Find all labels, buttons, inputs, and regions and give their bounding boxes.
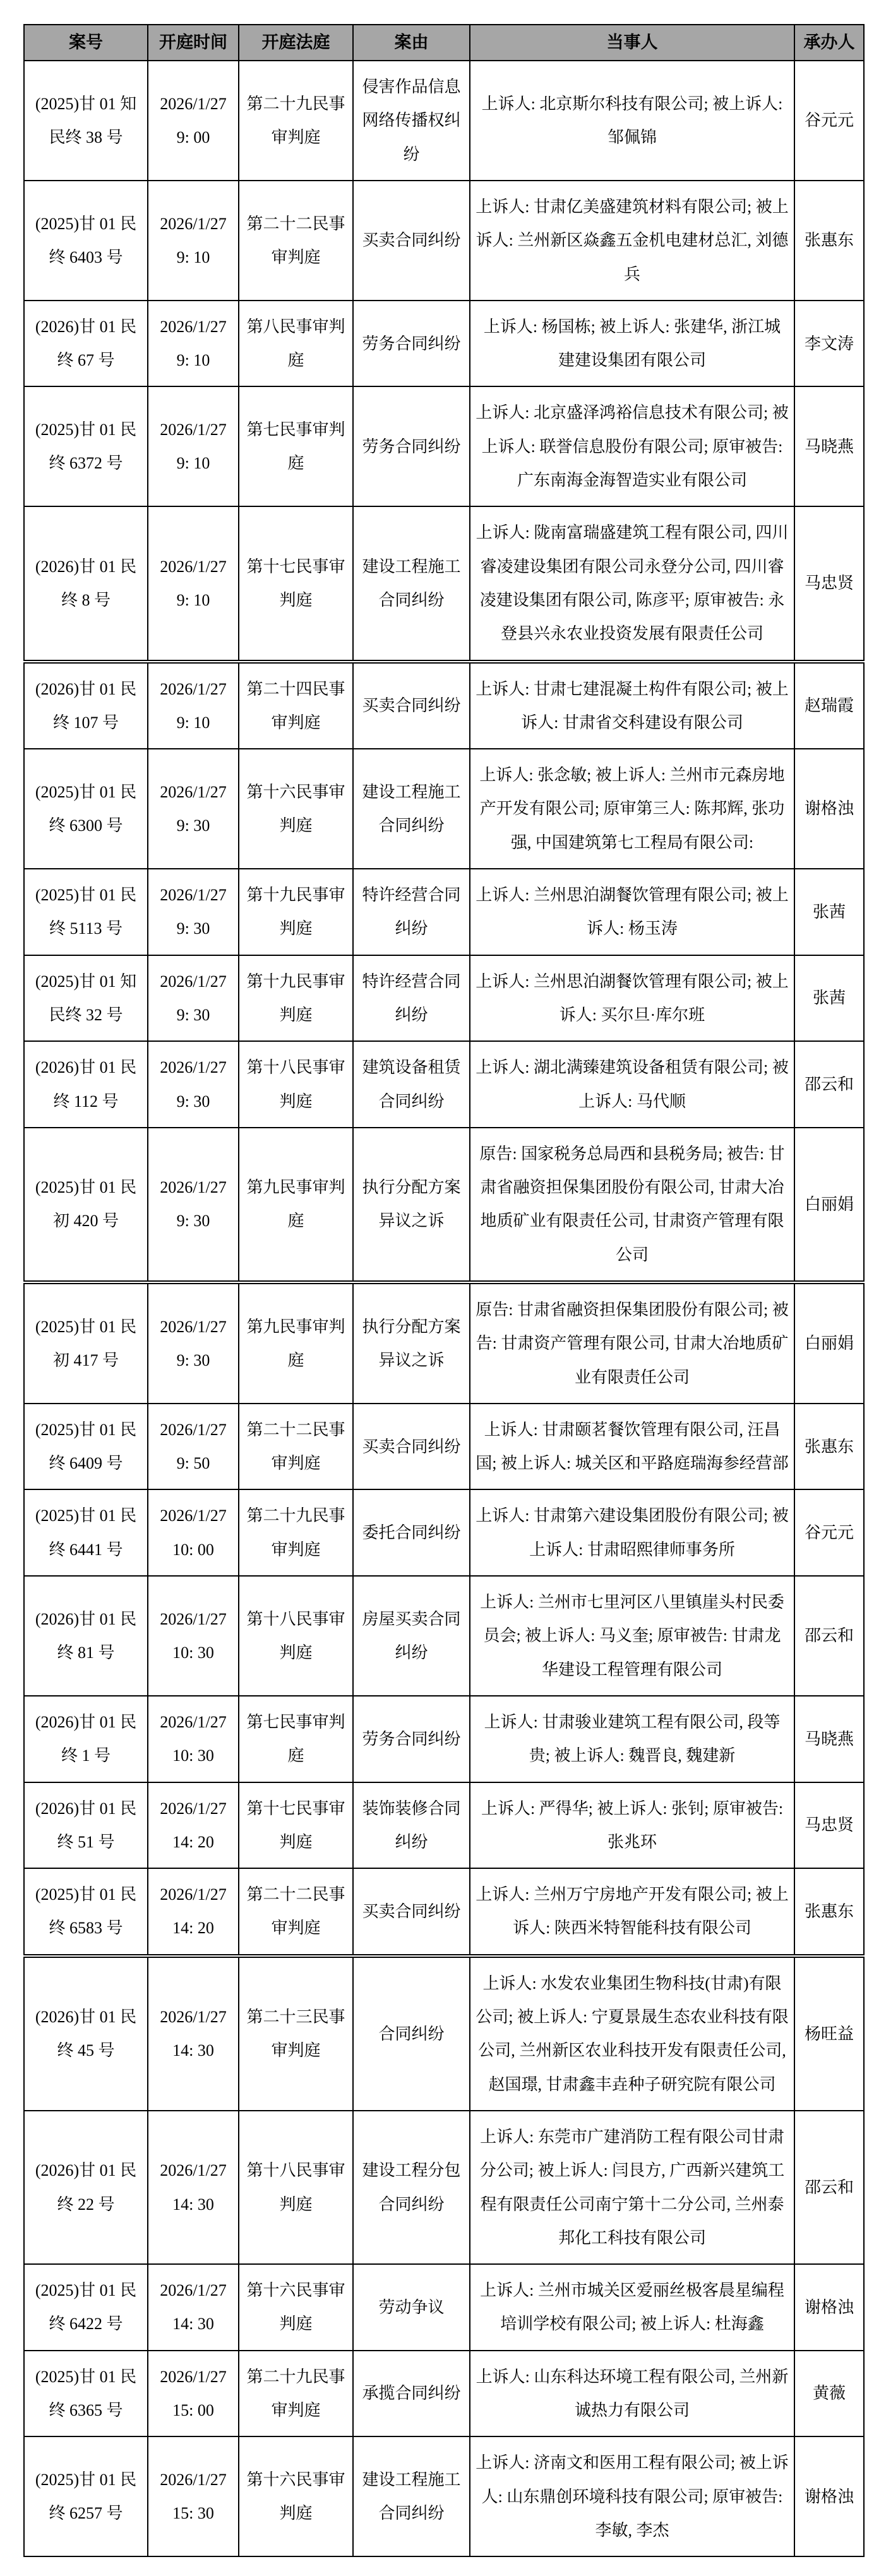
judge-name: 邵云和	[805, 2178, 854, 2197]
cause-cell: 特许经营合同纠纷	[353, 955, 470, 1042]
courtroom-cell: 第十六民事审判庭	[239, 749, 353, 869]
hearing-time-cell: 2026/1/27 14: 30	[148, 1956, 239, 2111]
parties: 上诉人: 兰州市城关区爱丽丝极客晨星编程培训学校有限公司; 被上诉人: 杜海鑫	[480, 2281, 784, 2333]
cause-cell: 建设工程施工合同纠纷	[353, 2436, 470, 2556]
cause-cell: 执行分配方案异议之诉	[353, 1128, 470, 1282]
cause-cell: 侵害作品信息网络传播权纠纷	[353, 61, 470, 181]
hearing-date: 2026/1/27	[153, 550, 233, 583]
parties: 上诉人: 甘肃颐茗餐饮管理有限公司, 汪昌国; 被上诉人: 城关区和平路庭瑞海参…	[476, 1421, 788, 1472]
table-row: (2025)甘 01 民终 6372 号 2026/1/27 9: 10 第七民…	[24, 386, 864, 506]
hearing-time: 10: 00	[153, 1533, 233, 1566]
parties-cell: 上诉人: 杨国栋; 被上诉人: 张建华, 浙江城建建设集团有限公司	[470, 301, 794, 387]
parties: 上诉人: 兰州思泊湖餐饮管理有限公司; 被上诉人: 杨玉涛	[476, 886, 788, 938]
table-row: (2025)甘 01 民终 5113 号 2026/1/27 9: 30 第十九…	[24, 869, 864, 955]
judge-cell: 白丽娟	[794, 1128, 864, 1282]
col-header-parties: 当事人	[470, 25, 794, 61]
parties-cell: 上诉人: 北京盛泽鸿裕信息技术有限公司; 被上诉人: 联誉信息股份有限公司; 原…	[470, 386, 794, 506]
case-number-cell: (2025)甘 01 民初 420 号	[24, 1128, 148, 1282]
judge-name: 白丽娟	[805, 1334, 854, 1352]
hearing-time: 14: 20	[153, 1825, 233, 1859]
courtroom: 第十八民事审判庭	[246, 1058, 345, 1110]
hearing-date: 2026/1/27	[153, 672, 233, 706]
cause-cell: 执行分配方案异议之诉	[353, 1282, 470, 1404]
table-row: (2025)甘 01 民终 6257 号 2026/1/27 15: 30 第十…	[24, 2436, 864, 2556]
case-number-cell: (2026)甘 01 民终 107 号	[24, 662, 148, 749]
hearing-time-cell: 2026/1/27 9: 10	[148, 181, 239, 301]
hearing-time: 9: 50	[153, 1446, 233, 1480]
col-header-case-number: 案号	[24, 25, 148, 61]
hearing-time-cell: 2026/1/27 9: 10	[148, 301, 239, 387]
judge-cell: 张惠东	[794, 1868, 864, 1956]
case-number: (2025)甘 01 民终 6257 号	[35, 2471, 136, 2522]
table-row: (2026)甘 01 民终 112 号 2026/1/27 9: 30 第十八民…	[24, 1041, 864, 1128]
cause-cell: 建筑设备租赁合同纠纷	[353, 1041, 470, 1128]
parties-cell: 上诉人: 甘肃七建混凝土构件有限公司; 被上诉人: 甘肃省交科建设有限公司	[470, 662, 794, 749]
hearing-date: 2026/1/27	[153, 1051, 233, 1084]
table-row: (2025)甘 01 民终 6441 号 2026/1/27 10: 00 第二…	[24, 1489, 864, 1576]
case-number-cell: (2025)甘 01 民终 6372 号	[24, 386, 148, 506]
judge-cell: 马忠贤	[794, 1782, 864, 1869]
case-number-cell: (2026)甘 01 民终 81 号	[24, 1576, 148, 1696]
case-number: (2025)甘 01 民终 6372 号	[35, 420, 136, 472]
table-row: (2025)甘 01 民初 420 号 2026/1/27 9: 30 第九民事…	[24, 1128, 864, 1282]
hearing-time-cell: 2026/1/27 9: 30	[148, 1282, 239, 1404]
courtroom-cell: 第十九民事审判庭	[239, 955, 353, 1042]
judge-name: 邵云和	[805, 1075, 854, 1094]
parties-cell: 上诉人: 兰州市七里河区八里镇崖头村民委员会; 被上诉人: 马义奎; 原审被告:…	[470, 1576, 794, 1696]
courtroom: 第二十二民事审判庭	[246, 1885, 345, 1937]
table-body: (2025)甘 01 知民终 38 号 2026/1/27 9: 00 第二十九…	[24, 61, 864, 2556]
case-number-cell: (2026)甘 01 民终 112 号	[24, 1041, 148, 1128]
hearing-time-cell: 2026/1/27 14: 30	[148, 2111, 239, 2264]
case-number-cell: (2025)甘 01 民终 6409 号	[24, 1404, 148, 1490]
courtroom-cell: 第十九民事审判庭	[239, 869, 353, 955]
courtroom-cell: 第十六民事审判庭	[239, 2264, 353, 2351]
cause-of-action: 买卖合同纠纷	[362, 1438, 460, 1456]
judge-cell: 马晓燕	[794, 386, 864, 506]
parties: 上诉人: 甘肃第六建设集团股份有限公司; 被上诉人: 甘肃昭熙律师事务所	[476, 1506, 788, 1558]
hearing-time-cell: 2026/1/27 15: 00	[148, 2351, 239, 2437]
case-number-cell: (2026)甘 01 民终 51 号	[24, 1782, 148, 1869]
cause-of-action: 建设工程施工合同纠纷	[362, 783, 460, 835]
table-row: (2025)甘 01 民终 6300 号 2026/1/27 9: 30 第十六…	[24, 749, 864, 869]
cause-of-action: 建设工程施工合同纠纷	[362, 558, 460, 609]
judge-name: 李文涛	[805, 335, 854, 353]
cause-cell: 承揽合同纠纷	[353, 2351, 470, 2437]
hearing-time-cell: 2026/1/27 9: 50	[148, 1404, 239, 1490]
courtroom-cell: 第二十二民事审判庭	[239, 181, 353, 301]
cause-of-action: 劳动争议	[378, 2298, 444, 2317]
hearing-time: 9: 10	[153, 583, 233, 617]
hearing-date: 2026/1/27	[153, 207, 233, 241]
parties: 上诉人: 陇南富瑞盛建筑工程有限公司, 四川睿凌建设集团有限公司永登分公司, 四…	[476, 523, 789, 643]
hearing-time-cell: 2026/1/27 9: 10	[148, 506, 239, 661]
judge-name: 赵瑞霞	[805, 696, 854, 715]
hearing-date: 2026/1/27	[153, 878, 233, 912]
courtroom-cell: 第八民事审判庭	[239, 301, 353, 387]
hearing-time-cell: 2026/1/27 9: 30	[148, 869, 239, 955]
cause-cell: 装饰装修合同纠纷	[353, 1782, 470, 1869]
hearing-time: 9: 30	[153, 912, 233, 945]
judge-name: 杨旺益	[805, 2025, 854, 2043]
parties: 上诉人: 严得华; 被上诉人: 张钊; 原审被告: 张兆环	[481, 1799, 783, 1851]
case-number: (2025)甘 01 民终 6441 号	[35, 1506, 136, 1558]
table-row: (2025)甘 01 民终 6409 号 2026/1/27 9: 50 第二十…	[24, 1404, 864, 1490]
hearing-time: 9: 30	[153, 1085, 233, 1118]
courtroom-cell: 第二十四民事审判庭	[239, 662, 353, 749]
parties: 上诉人: 水发农业集团生物科技(甘肃)有限公司; 被上诉人: 宁夏景晟生态农业科…	[476, 1974, 788, 2094]
case-number-cell: (2026)甘 01 民终 8 号	[24, 506, 148, 661]
parties-cell: 上诉人: 甘肃颐茗餐饮管理有限公司, 汪昌国; 被上诉人: 城关区和平路庭瑞海参…	[470, 1404, 794, 1490]
judge-name: 马忠贤	[805, 1816, 854, 1834]
judge-name: 黄薇	[813, 2384, 846, 2402]
case-number: (2025)甘 01 民终 6403 号	[35, 215, 136, 266]
courtroom: 第七民事审判庭	[246, 1713, 345, 1765]
judge-cell: 谷元元	[794, 61, 864, 181]
cause-of-action: 执行分配方案异议之诉	[362, 1178, 460, 1230]
table-row: (2025)甘 01 民初 417 号 2026/1/27 9: 30 第九民事…	[24, 1282, 864, 1404]
hearing-date: 2026/1/27	[153, 2274, 233, 2307]
courtroom: 第九民事审判庭	[246, 1178, 345, 1230]
col-header-cause-of-action: 案由	[353, 25, 470, 61]
hearing-time-cell: 2026/1/27 10: 00	[148, 1489, 239, 1576]
hearing-time: 15: 30	[153, 2496, 233, 2530]
cause-cell: 劳动争议	[353, 2264, 470, 2351]
courtroom: 第十六民事审判庭	[246, 2281, 345, 2333]
col-header-hearing-time: 开庭时间	[148, 25, 239, 61]
case-number-cell: (2026)甘 01 民终 1 号	[24, 1696, 148, 1782]
courtroom-cell: 第九民事审判庭	[239, 1282, 353, 1404]
parties: 上诉人: 山东科达环境工程有限公司, 兰州新诚热力有限公司	[476, 2368, 789, 2419]
parties: 上诉人: 张念敏; 被上诉人: 兰州市元森房地产开发有限公司; 原审第三人: 陈…	[479, 766, 784, 852]
judge-name: 张惠东	[805, 231, 854, 249]
judge-cell: 张茜	[794, 955, 864, 1042]
cause-cell: 特许经营合同纠纷	[353, 869, 470, 955]
case-number: (2025)甘 01 知民终 38 号	[35, 95, 136, 146]
parties-cell: 上诉人: 张念敏; 被上诉人: 兰州市元森房地产开发有限公司; 原审第三人: 陈…	[470, 749, 794, 869]
hearing-date: 2026/1/27	[153, 2154, 233, 2187]
cause-of-action: 买卖合同纠纷	[362, 1902, 460, 1921]
hearing-date: 2026/1/27	[153, 775, 233, 809]
table-row: (2026)甘 01 民终 107 号 2026/1/27 9: 10 第二十四…	[24, 662, 864, 749]
judge-name: 谢格浊	[805, 799, 854, 818]
hearing-date: 2026/1/27	[153, 1792, 233, 1825]
judge-cell: 张惠东	[794, 1404, 864, 1490]
courtroom: 第九民事审判庭	[246, 1318, 345, 1369]
hearing-date: 2026/1/27	[153, 413, 233, 446]
judge-cell: 李文涛	[794, 301, 864, 387]
hearing-time: 10: 30	[153, 1739, 233, 1772]
case-number: (2026)甘 01 民终 22 号	[35, 2161, 136, 2213]
case-number-cell: (2025)甘 01 民终 6300 号	[24, 749, 148, 869]
hearing-time-cell: 2026/1/27 14: 20	[148, 1782, 239, 1869]
cause-cell: 买卖合同纠纷	[353, 662, 470, 749]
cause-of-action: 建筑设备租赁合同纠纷	[362, 1058, 460, 1110]
case-number: (2025)甘 01 民终 6422 号	[35, 2281, 136, 2333]
parties: 上诉人: 济南文和医用工程有限公司; 被上诉人: 山东鼎创环境科技有限公司; 原…	[476, 2454, 788, 2539]
parties: 上诉人: 兰州市七里河区八里镇崖头村民委员会; 被上诉人: 马义奎; 原审被告:…	[480, 1593, 784, 1679]
judge-name: 谷元元	[805, 111, 854, 129]
judge-cell: 马忠贤	[794, 506, 864, 661]
case-number-cell: (2025)甘 01 民终 6365 号	[24, 2351, 148, 2437]
hearing-date: 2026/1/27	[153, 965, 233, 998]
parties: 上诉人: 东莞市广建消防工程有限公司甘肃分公司; 被上诉人: 闫艮方, 广西新兴…	[480, 2128, 784, 2247]
judge-name: 张惠东	[805, 1438, 854, 1456]
cause-of-action: 建设工程施工合同纠纷	[362, 2471, 460, 2522]
col-header-judge: 承办人	[794, 25, 864, 61]
cause-cell: 合同纠纷	[353, 1956, 470, 2111]
courtroom: 第十八民事审判庭	[246, 1610, 345, 1662]
case-number-cell: (2026)甘 01 民终 45 号	[24, 1956, 148, 2111]
hearing-time-cell: 2026/1/27 9: 10	[148, 386, 239, 506]
cause-cell: 劳务合同纠纷	[353, 386, 470, 506]
judge-name: 张茜	[813, 903, 846, 921]
judge-name: 张惠东	[805, 1902, 854, 1921]
cause-cell: 委托合同纠纷	[353, 1489, 470, 1576]
parties: 上诉人: 北京盛泽鸿裕信息技术有限公司; 被上诉人: 联誉信息股份有限公司; 原…	[476, 403, 788, 489]
cause-cell: 劳务合同纠纷	[353, 301, 470, 387]
case-number-cell: (2025)甘 01 民终 6403 号	[24, 181, 148, 301]
hearing-time: 9: 10	[153, 241, 233, 274]
table-row: (2026)甘 01 民终 67 号 2026/1/27 9: 10 第八民事审…	[24, 301, 864, 387]
hearing-time-cell: 2026/1/27 9: 30	[148, 955, 239, 1042]
hearing-time: 14: 30	[153, 2307, 233, 2340]
judge-cell: 白丽娟	[794, 1282, 864, 1404]
parties-cell: 上诉人: 兰州思泊湖餐饮管理有限公司; 被上诉人: 买尔旦·库尔班	[470, 955, 794, 1042]
table-row: (2026)甘 01 民终 81 号 2026/1/27 10: 30 第十八民…	[24, 1576, 864, 1696]
courtroom-cell: 第二十三民事审判庭	[239, 1956, 353, 2111]
courtroom: 第十九民事审判庭	[246, 972, 345, 1024]
hearing-date: 2026/1/27	[153, 1171, 233, 1204]
table-row: (2026)甘 01 民终 45 号 2026/1/27 14: 30 第二十三…	[24, 1956, 864, 2111]
court-hearing-schedule-page: 案号 开庭时间 开庭法庭 案由 当事人 承办人 (2025)甘 01 知民终 3…	[0, 0, 886, 2576]
courtroom: 第十七民事审判庭	[246, 1799, 345, 1851]
case-number-cell: (2026)甘 01 民终 22 号	[24, 2111, 148, 2264]
hearing-date: 2026/1/27	[153, 2360, 233, 2394]
cause-of-action: 劳务合同纠纷	[362, 1730, 460, 1748]
judge-cell: 杨旺益	[794, 1956, 864, 2111]
parties: 上诉人: 湖北满臻建筑设备租赁有限公司; 被上诉人: 马代顺	[476, 1058, 788, 1110]
hearing-schedule-table: 案号 开庭时间 开庭法庭 案由 当事人 承办人 (2025)甘 01 知民终 3…	[23, 24, 865, 2557]
parties-cell: 上诉人: 陇南富瑞盛建筑工程有限公司, 四川睿凌建设集团有限公司永登分公司, 四…	[470, 506, 794, 661]
parties: 上诉人: 兰州万宁房地产开发有限公司; 被上诉人: 陕西米特智能科技有限公司	[476, 1885, 788, 1937]
judge-cell: 谢格浊	[794, 2436, 864, 2556]
case-number: (2025)甘 01 知民终 32 号	[35, 972, 136, 1024]
parties: 上诉人: 兰州思泊湖餐饮管理有限公司; 被上诉人: 买尔旦·库尔班	[476, 972, 788, 1024]
parties: 上诉人: 甘肃七建混凝土构件有限公司; 被上诉人: 甘肃省交科建设有限公司	[476, 680, 788, 732]
courtroom-cell: 第十八民事审判庭	[239, 2111, 353, 2264]
judge-cell: 谷元元	[794, 1489, 864, 1576]
courtroom-cell: 第十七民事审判庭	[239, 1782, 353, 1869]
courtroom-cell: 第二十二民事审判庭	[239, 1404, 353, 1490]
courtroom: 第二十二民事审判庭	[246, 1421, 345, 1472]
judge-name: 白丽娟	[805, 1195, 854, 1213]
judge-cell: 张茜	[794, 869, 864, 955]
hearing-time: 9: 10	[153, 343, 233, 377]
hearing-time-cell: 2026/1/27 9: 30	[148, 1041, 239, 1128]
courtroom: 第二十二民事审判庭	[246, 215, 345, 266]
cause-of-action: 委托合同纠纷	[362, 1524, 460, 1542]
hearing-time-cell: 2026/1/27 9: 00	[148, 61, 239, 181]
courtroom: 第二十四民事审判庭	[246, 680, 345, 732]
hearing-date: 2026/1/27	[153, 1413, 233, 1446]
hearing-time-cell: 2026/1/27 9: 30	[148, 749, 239, 869]
cause-cell: 建设工程施工合同纠纷	[353, 506, 470, 661]
parties-cell: 上诉人: 甘肃亿美盛建筑材料有限公司; 被上诉人: 兰州新区焱鑫五金机电建材总汇…	[470, 181, 794, 301]
judge-cell: 邵云和	[794, 1041, 864, 1128]
parties-cell: 上诉人: 严得华; 被上诉人: 张钊; 原审被告: 张兆环	[470, 1782, 794, 1869]
case-number-cell: (2025)甘 01 知民终 38 号	[24, 61, 148, 181]
courtroom-cell: 第十六民事审判庭	[239, 2436, 353, 2556]
hearing-time: 9: 10	[153, 706, 233, 739]
cause-of-action: 劳务合同纠纷	[362, 438, 460, 456]
table-row: (2025)甘 01 民终 6403 号 2026/1/27 9: 10 第二十…	[24, 181, 864, 301]
courtroom-cell: 第二十九民事审判庭	[239, 61, 353, 181]
hearing-time: 10: 30	[153, 1636, 233, 1669]
cause-cell: 买卖合同纠纷	[353, 1404, 470, 1490]
hearing-time: 9: 10	[153, 446, 233, 480]
case-number: (2025)甘 01 民初 417 号	[35, 1318, 136, 1369]
hearing-time: 14: 30	[153, 2034, 233, 2067]
table-row: (2026)甘 01 民终 22 号 2026/1/27 14: 30 第十八民…	[24, 2111, 864, 2264]
case-number: (2026)甘 01 民终 45 号	[35, 2008, 136, 2060]
case-number: (2026)甘 01 民终 51 号	[35, 1799, 136, 1851]
table-row: (2025)甘 01 民终 6583 号 2026/1/27 14: 20 第二…	[24, 1868, 864, 1956]
cause-cell: 房屋买卖合同纠纷	[353, 1576, 470, 1696]
hearing-date: 2026/1/27	[153, 87, 233, 121]
cause-of-action: 承揽合同纠纷	[362, 2384, 460, 2402]
cause-of-action: 买卖合同纠纷	[362, 696, 460, 715]
hearing-time: 9: 30	[153, 1344, 233, 1377]
case-number: (2025)甘 01 民终 6300 号	[35, 783, 136, 835]
courtroom: 第七民事审判庭	[246, 420, 345, 472]
courtroom: 第十八民事审判庭	[246, 2161, 345, 2213]
case-number-cell: (2025)甘 01 民终 5113 号	[24, 869, 148, 955]
hearing-time: 9: 00	[153, 121, 233, 154]
cause-of-action: 房屋买卖合同纠纷	[362, 1610, 460, 1662]
courtroom: 第二十三民事审判庭	[246, 2008, 345, 2060]
case-number: (2026)甘 01 民终 8 号	[35, 558, 136, 609]
hearing-time-cell: 2026/1/27 14: 20	[148, 1868, 239, 1956]
parties: 上诉人: 甘肃骏业建筑工程有限公司, 段等贵; 被上诉人: 魏晋良, 魏建新	[484, 1713, 781, 1765]
parties-cell: 上诉人: 兰州市城关区爱丽丝极客晨星编程培训学校有限公司; 被上诉人: 杜海鑫	[470, 2264, 794, 2351]
hearing-date: 2026/1/27	[153, 1499, 233, 1532]
case-number: (2025)甘 01 民终 5113 号	[35, 886, 136, 938]
table-header-row: 案号 开庭时间 开庭法庭 案由 当事人 承办人	[24, 25, 864, 61]
parties-cell: 上诉人: 甘肃骏业建筑工程有限公司, 段等贵; 被上诉人: 魏晋良, 魏建新	[470, 1696, 794, 1782]
table-row: (2025)甘 01 知民终 32 号 2026/1/27 9: 30 第十九民…	[24, 955, 864, 1042]
hearing-time: 9: 30	[153, 998, 233, 1032]
parties-cell: 上诉人: 山东科达环境工程有限公司, 兰州新诚热力有限公司	[470, 2351, 794, 2437]
hearing-date: 2026/1/27	[153, 1310, 233, 1344]
cause-of-action: 买卖合同纠纷	[362, 231, 460, 249]
courtroom-cell: 第七民事审判庭	[239, 386, 353, 506]
courtroom-cell: 第七民事审判庭	[239, 1696, 353, 1782]
table-row: (2026)甘 01 民终 8 号 2026/1/27 9: 10 第十七民事审…	[24, 506, 864, 661]
courtroom-cell: 第十八民事审判庭	[239, 1576, 353, 1696]
courtroom-cell: 第二十二民事审判庭	[239, 1868, 353, 1956]
judge-name: 谢格浊	[805, 2488, 854, 2506]
case-number-cell: (2025)甘 01 民初 417 号	[24, 1282, 148, 1404]
courtroom-cell: 第十七民事审判庭	[239, 506, 353, 661]
hearing-time-cell: 2026/1/27 14: 30	[148, 2264, 239, 2351]
hearing-time: 14: 30	[153, 2188, 233, 2221]
judge-cell: 黄薇	[794, 2351, 864, 2437]
judge-cell: 谢格浊	[794, 2264, 864, 2351]
case-number: (2025)甘 01 民终 6409 号	[35, 1421, 136, 1472]
parties-cell: 上诉人: 兰州万宁房地产开发有限公司; 被上诉人: 陕西米特智能科技有限公司	[470, 1868, 794, 1956]
case-number: (2026)甘 01 民终 112 号	[35, 1058, 136, 1110]
case-number-cell: (2025)甘 01 知民终 32 号	[24, 955, 148, 1042]
judge-name: 马晓燕	[805, 1730, 854, 1748]
cause-of-action: 执行分配方案异议之诉	[362, 1318, 460, 1369]
hearing-date: 2026/1/27	[153, 1602, 233, 1636]
cause-of-action: 特许经营合同纠纷	[362, 972, 460, 1024]
cause-cell: 建设工程施工合同纠纷	[353, 749, 470, 869]
hearing-time: 14: 20	[153, 1911, 233, 1945]
case-number-cell: (2025)甘 01 民终 6257 号	[24, 2436, 148, 2556]
case-number-cell: (2026)甘 01 民终 67 号	[24, 301, 148, 387]
judge-cell: 赵瑞霞	[794, 662, 864, 749]
cause-of-action: 合同纠纷	[378, 2025, 444, 2043]
parties: 上诉人: 北京斯尔科技有限公司; 被上诉人: 邹佩锦	[482, 95, 783, 146]
courtroom-cell: 第十八民事审判庭	[239, 1041, 353, 1128]
cause-of-action: 建设工程分包合同纠纷	[362, 2161, 460, 2213]
judge-cell: 邵云和	[794, 1576, 864, 1696]
hearing-time-cell: 2026/1/27 10: 30	[148, 1696, 239, 1782]
cause-cell: 买卖合同纠纷	[353, 181, 470, 301]
parties-cell: 原告: 国家税务总局西和县税务局; 被告: 甘肃省融资担保集团股份有限公司, 甘…	[470, 1128, 794, 1282]
hearing-time-cell: 2026/1/27 9: 30	[148, 1128, 239, 1282]
cause-cell: 买卖合同纠纷	[353, 1868, 470, 1956]
parties-cell: 上诉人: 兰州思泊湖餐饮管理有限公司; 被上诉人: 杨玉涛	[470, 869, 794, 955]
judge-cell: 张惠东	[794, 181, 864, 301]
hearing-date: 2026/1/27	[153, 2000, 233, 2034]
hearing-date: 2026/1/27	[153, 1878, 233, 1911]
cause-of-action: 侵害作品信息网络传播权纠纷	[362, 78, 460, 164]
parties-cell: 上诉人: 济南文和医用工程有限公司; 被上诉人: 山东鼎创环境科技有限公司; 原…	[470, 2436, 794, 2556]
judge-name: 谷元元	[805, 1524, 854, 1542]
hearing-date: 2026/1/27	[153, 310, 233, 343]
cause-cell: 劳务合同纠纷	[353, 1696, 470, 1782]
hearing-time: 9: 30	[153, 1204, 233, 1237]
judge-name: 谢格浊	[805, 2298, 854, 2317]
hearing-date: 2026/1/27	[153, 1705, 233, 1739]
case-number: (2026)甘 01 民终 107 号	[35, 680, 136, 732]
table-row: (2026)甘 01 民终 51 号 2026/1/27 14: 20 第十七民…	[24, 1782, 864, 1869]
parties-cell: 原告: 甘肃省融资担保集团股份有限公司; 被告: 甘肃资产管理有限公司, 甘肃大…	[470, 1282, 794, 1404]
case-number-cell: (2025)甘 01 民终 6441 号	[24, 1489, 148, 1576]
courtroom: 第十六民事审判庭	[246, 2471, 345, 2522]
parties: 原告: 甘肃省融资担保集团股份有限公司; 被告: 甘肃资产管理有限公司, 甘肃大…	[476, 1301, 788, 1386]
parties-cell: 上诉人: 湖北满臻建筑设备租赁有限公司; 被上诉人: 马代顺	[470, 1041, 794, 1128]
cause-of-action: 装饰装修合同纠纷	[362, 1799, 460, 1851]
courtroom: 第二十九民事审判庭	[246, 1506, 345, 1558]
courtroom: 第二十九民事审判庭	[246, 2368, 345, 2419]
case-number-cell: (2025)甘 01 民终 6583 号	[24, 1868, 148, 1956]
parties-cell: 上诉人: 北京斯尔科技有限公司; 被上诉人: 邹佩锦	[470, 61, 794, 181]
judge-cell: 马晓燕	[794, 1696, 864, 1782]
hearing-time-cell: 2026/1/27 15: 30	[148, 2436, 239, 2556]
cause-cell: 建设工程分包合同纠纷	[353, 2111, 470, 2264]
courtroom-cell: 第二十九民事审判庭	[239, 1489, 353, 1576]
table-row: (2025)甘 01 民终 6422 号 2026/1/27 14: 30 第十…	[24, 2264, 864, 2351]
parties: 上诉人: 甘肃亿美盛建筑材料有限公司; 被上诉人: 兰州新区焱鑫五金机电建材总汇…	[476, 198, 788, 283]
hearing-time: 15: 00	[153, 2394, 233, 2427]
courtroom: 第八民事审判庭	[246, 318, 345, 369]
courtroom: 第二十九民事审判庭	[246, 95, 345, 146]
cause-of-action: 特许经营合同纠纷	[362, 886, 460, 938]
